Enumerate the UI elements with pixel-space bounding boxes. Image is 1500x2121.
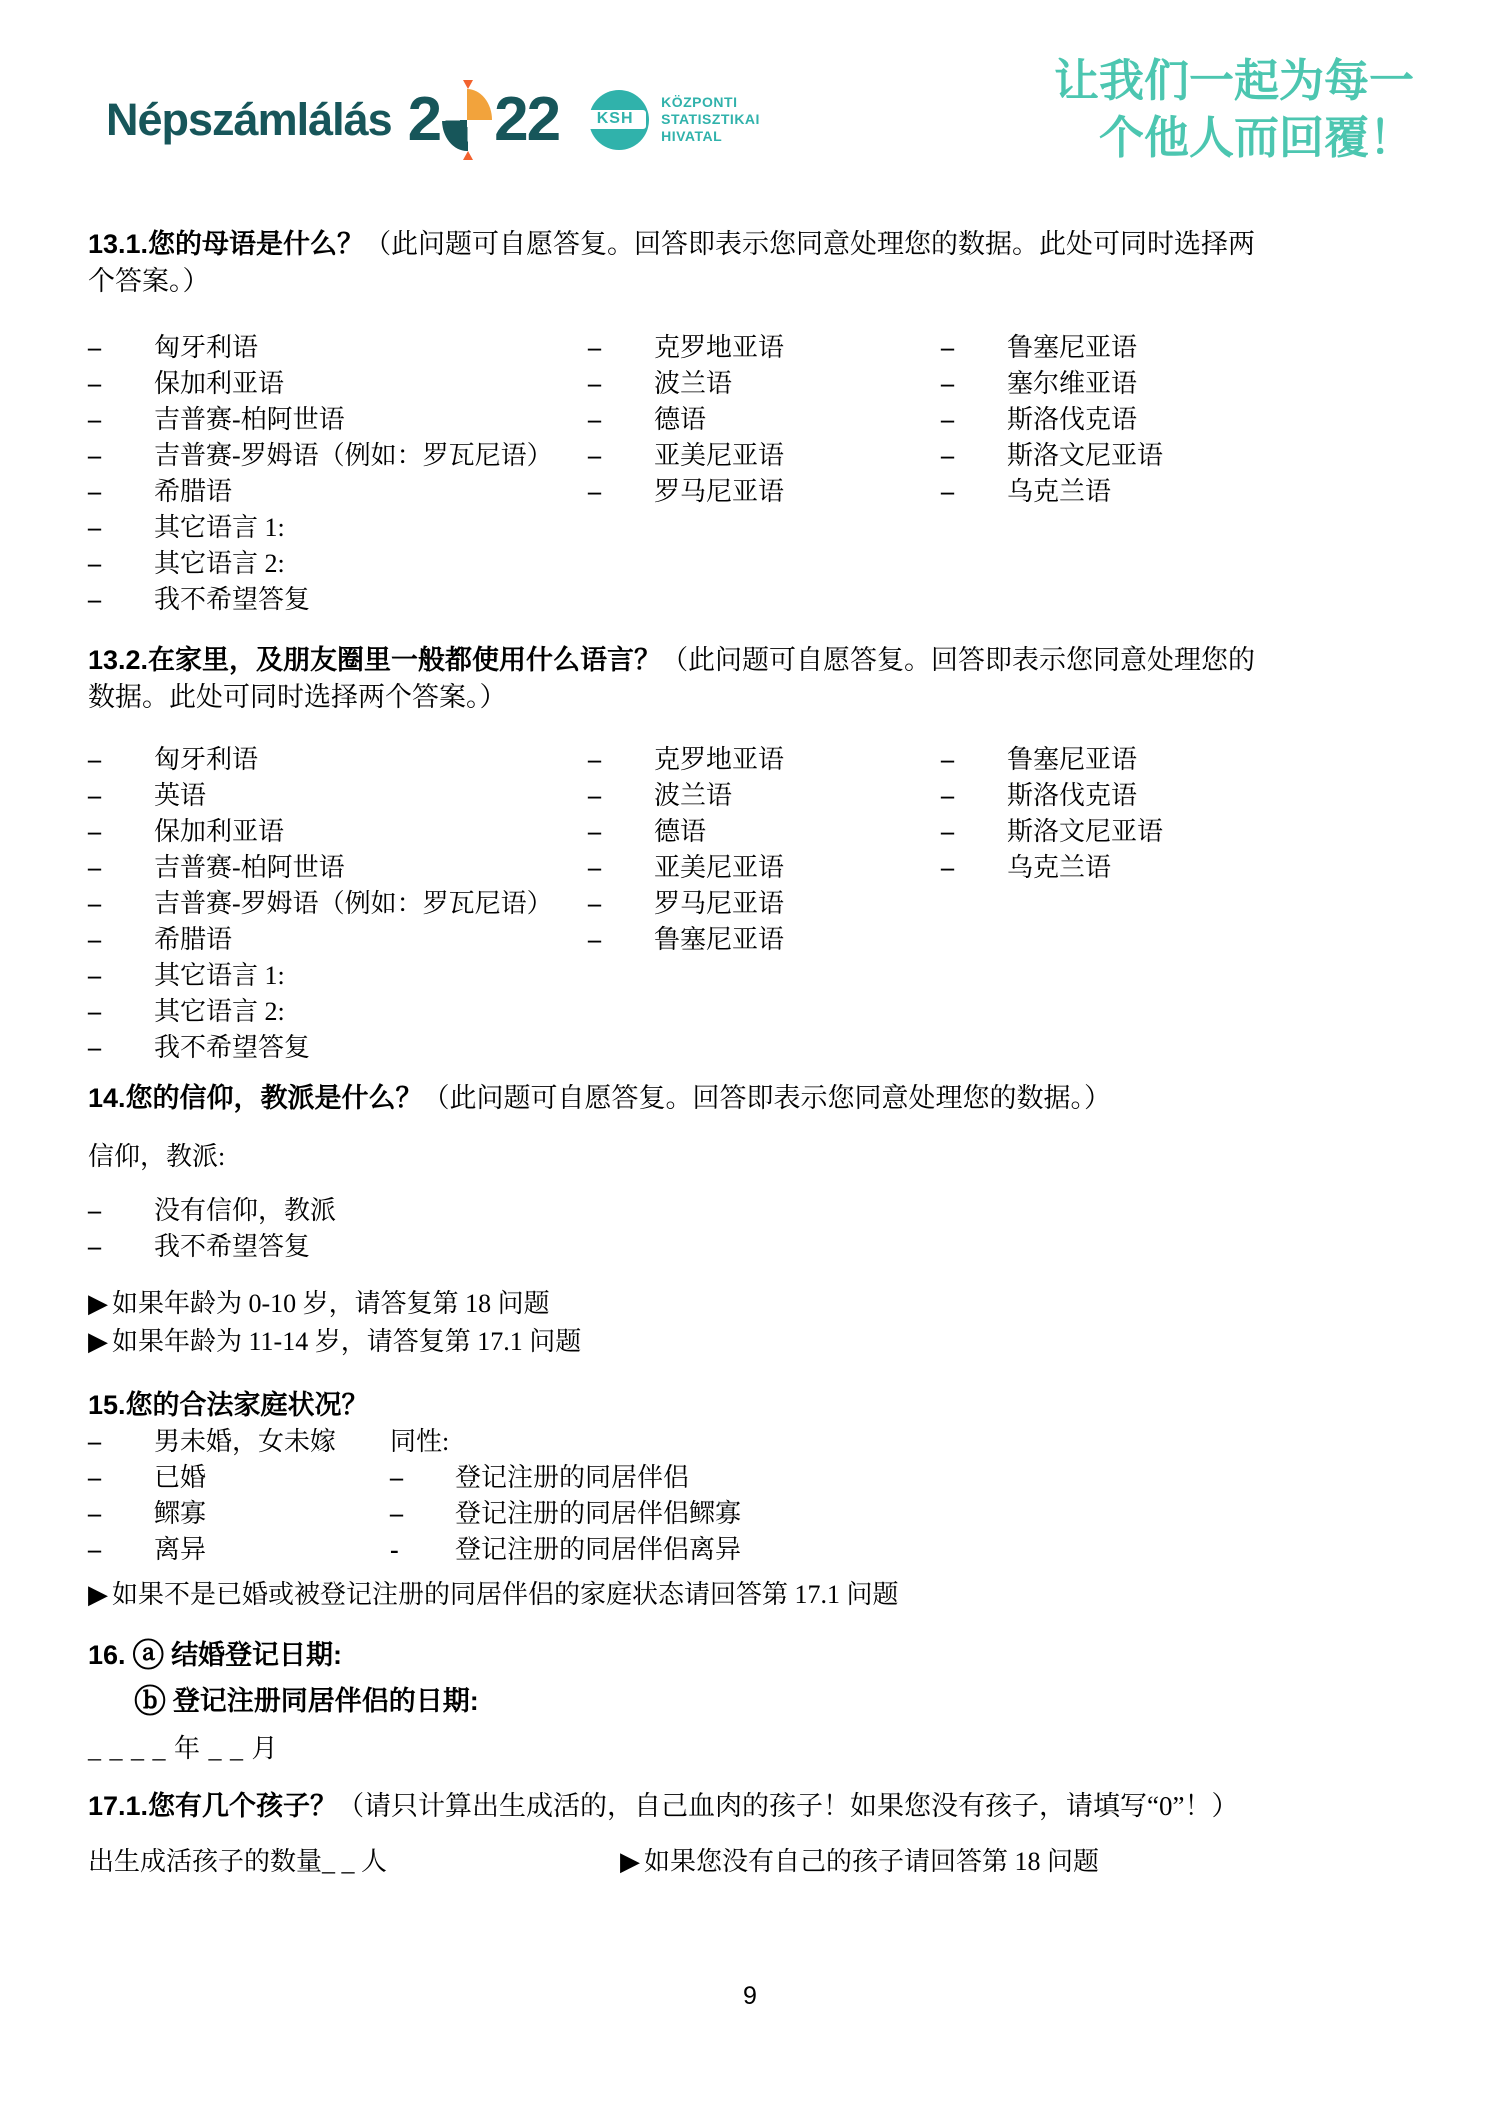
language-option: –克罗地亚语	[588, 742, 941, 778]
right-triangle-icon: ▶	[88, 1323, 108, 1361]
dash-bullet: –	[88, 1229, 154, 1265]
language-option: –其它语言 1:	[88, 958, 588, 994]
language-option: –鲁塞尼亚语	[941, 330, 1414, 366]
dash-bullet: –	[88, 922, 154, 958]
ksh-globe-icon: KSH	[589, 90, 649, 150]
language-label: 我不希望答复	[154, 582, 310, 618]
language-label: 斯洛文尼亚语	[1007, 438, 1163, 474]
language-label: 希腊语	[154, 922, 232, 958]
question-13-2-options: –匈牙利语 –英语 –保加利亚语 –吉普赛-柏阿世语 –吉普赛-罗姆语（例如：罗…	[88, 742, 1414, 1066]
dash-bullet: –	[941, 850, 1007, 886]
question-16-number: 16.	[88, 1640, 126, 1670]
year-digit: 2	[408, 84, 440, 155]
language-label: 希腊语	[154, 474, 232, 510]
dash-bullet: –	[88, 742, 154, 778]
language-option: –塞尔维亚语	[941, 366, 1414, 402]
language-label: 罗马尼亚语	[654, 474, 784, 510]
language-label: 保加利亚语	[154, 814, 284, 850]
language-label: 乌克兰语	[1007, 850, 1111, 886]
question-14-heading: 14.您的信仰，教派是什么？（此问题可自愿答复。回答即表示您同意处理您的数据。）	[88, 1080, 1414, 1117]
question-13-2-note-cont: 数据。此处可同时选择两个答案。）	[88, 679, 1414, 716]
language-option: –吉普赛-柏阿世语	[88, 850, 588, 886]
language-option: –其它语言 1:	[88, 510, 588, 546]
family-status-left: 已婚	[154, 1460, 390, 1496]
jump-note-text: 如果您没有自己的孩子请回答第 18 问题	[644, 1847, 1099, 1876]
religion-option-label: 我不希望答复	[154, 1229, 310, 1265]
language-label: 德语	[654, 814, 706, 850]
language-option: –乌克兰语	[941, 474, 1414, 510]
language-label: 波兰语	[654, 366, 732, 402]
language-option: –保加利亚语	[88, 814, 588, 850]
ksh-acronym: KSH	[597, 110, 634, 128]
dash-bullet: –	[588, 922, 654, 958]
options-column-3: –鲁塞尼亚语 –斯洛伐克语 –斯洛文尼亚语 –乌克兰语	[941, 742, 1414, 1066]
ksh-name-line: KÖZPONTI	[661, 94, 760, 111]
dash-bullet: –	[941, 814, 1007, 850]
religion-option: –我不希望答复	[88, 1229, 1414, 1265]
language-option: –斯洛文尼亚语	[941, 814, 1414, 850]
language-option: –克罗地亚语	[588, 330, 941, 366]
language-label: 鲁塞尼亚语	[1007, 330, 1137, 366]
language-label: 吉普赛-罗姆语（例如：罗瓦尼语）	[154, 438, 553, 474]
language-label: 吉普赛-柏阿世语	[154, 402, 345, 438]
page-number: 9	[0, 1982, 1500, 2011]
jump-note: ▶如果年龄为 11-14 岁，请答复第 17.1 问题	[88, 1323, 1414, 1361]
family-status-row: – 鳏寡 – 登记注册的同居伴侣鳏寡	[88, 1496, 1414, 1532]
dash-bullet: –	[588, 886, 654, 922]
circled-a-icon: ⓐ	[132, 1636, 164, 1674]
family-status-left: 男未婚，女未嫁	[154, 1424, 390, 1460]
dash-bullet: –	[88, 474, 154, 510]
dash-bullet: –	[88, 546, 154, 582]
dash-bullet: –	[941, 778, 1007, 814]
dash-bullet: –	[88, 1424, 154, 1460]
language-option: –匈牙利语	[88, 330, 588, 366]
dash-bullet: –	[941, 366, 1007, 402]
question-13-1-heading: 13.1.您的母语是什么？（此问题可自愿答复。回答即表示您同意处理您的数据。此处…	[88, 226, 1414, 300]
dash-bullet: –	[88, 366, 154, 402]
dash-bullet: –	[588, 402, 654, 438]
language-label: 罗马尼亚语	[654, 886, 784, 922]
question-15-title: 15.您的合法家庭状况？	[88, 1387, 1414, 1424]
ksh-office-name: KÖZPONTI STATISZTIKAI HIVATAL	[661, 94, 760, 145]
ksh-band: KSH	[584, 110, 646, 129]
family-status-left: 离异	[154, 1532, 390, 1568]
year-digits: 22	[494, 84, 559, 155]
question-17-1-jump-note: ▶如果您没有自己的孩子请回答第 18 问题	[620, 1843, 1099, 1881]
options-column-1: –匈牙利语 –英语 –保加利亚语 –吉普赛-柏阿世语 –吉普赛-罗姆语（例如：罗…	[88, 742, 588, 1066]
language-label: 吉普赛-柏阿世语	[154, 850, 345, 886]
nepszamlalas-2022-logo: Népszámlálás 2 22	[106, 84, 559, 155]
campaign-slogan: 让我们一起为每一 个他人而回覆！	[1054, 52, 1414, 166]
jump-note: ▶如果年龄为 0-10 岁，请答复第 18 问题	[88, 1285, 1414, 1323]
question-16-line-b: ⓑ 登记注册同居伴侣的日期:	[88, 1678, 1414, 1724]
dash-bullet: –	[88, 850, 154, 886]
language-option: –吉普赛-罗姆语（例如：罗瓦尼语）	[88, 886, 588, 922]
children-count-label: 出生成活孩子的数量_ _ 人	[88, 1843, 620, 1881]
dash-bullet: –	[88, 1030, 154, 1066]
language-option: –吉普赛-罗姆语（例如：罗瓦尼语）	[88, 438, 588, 474]
dash-bullet: –	[588, 438, 654, 474]
language-option: –罗马尼亚语	[588, 886, 941, 922]
question-14-options: –没有信仰，教派 –我不希望答复	[88, 1193, 1414, 1265]
jump-note-text: 如果年龄为 0-10 岁，请答复第 18 问题	[112, 1289, 550, 1318]
language-label: 吉普赛-罗姆语（例如：罗瓦尼语）	[154, 886, 553, 922]
question-14-note: （此问题可自愿答复。回答即表示您同意处理您的数据。）	[423, 1083, 1112, 1113]
language-label: 波兰语	[654, 778, 732, 814]
dash-bullet: –	[88, 1532, 154, 1568]
language-option: –德语	[588, 402, 941, 438]
language-label: 亚美尼亚语	[654, 438, 784, 474]
questionnaire-page: Népszámlálás 2 22 KSH KÖZPONTI STATISZTI…	[0, 0, 1500, 2121]
dash-bullet: –	[588, 330, 654, 366]
language-option: –波兰语	[588, 366, 941, 402]
dash-bullet: –	[588, 366, 654, 402]
age-jump-notes: ▶如果年龄为 0-10 岁，请答复第 18 问题 ▶如果年龄为 11-14 岁，…	[88, 1285, 1414, 1361]
question-13-1-title: 13.1.您的母语是什么？	[88, 229, 364, 259]
language-option: –斯洛伐克语	[941, 402, 1414, 438]
question-13-1-note-cont: 个答案。）	[88, 263, 1414, 300]
language-label: 匈牙利语	[154, 742, 258, 778]
language-label: 保加利亚语	[154, 366, 284, 402]
question-13-2-heading: 13.2.在家里，及朋友圈里一般都使用什么语言？（此问题可自愿答复。回答即表示您…	[88, 642, 1414, 716]
language-option: –亚美尼亚语	[588, 438, 941, 474]
jump-note-text: 如果不是已婚或被登记注册的同居伴侣的家庭状态请回答第 17.1 问题	[112, 1580, 899, 1609]
slogan-line-2: 个他人而回覆！	[1054, 109, 1414, 166]
language-option: –希腊语	[88, 474, 588, 510]
dash-bullet: –	[390, 1496, 455, 1532]
language-option: –其它语言 2:	[88, 994, 588, 1030]
dash-bullet: -	[390, 1532, 455, 1568]
question-16-line-a: 16. ⓐ 结婚登记日期:	[88, 1632, 1414, 1678]
religion-option: –没有信仰，教派	[88, 1193, 1414, 1229]
ksh-logo: KSH KÖZPONTI STATISZTIKAI HIVATAL	[589, 90, 760, 150]
dash-bullet: –	[88, 958, 154, 994]
year-2022: 2 22	[408, 84, 559, 155]
language-label: 乌克兰语	[1007, 474, 1111, 510]
dash-bullet: –	[588, 474, 654, 510]
family-status-row: – 已婚 – 登记注册的同居伴侣	[88, 1460, 1414, 1496]
dash-bullet: –	[588, 814, 654, 850]
ksh-name-line: STATISZTIKAI	[661, 111, 760, 128]
dash-bullet: –	[588, 850, 654, 886]
partnership-date-label: 登记注册同居伴侣的日期:	[173, 1686, 479, 1716]
jump-note-text: 如果年龄为 11-14 岁，请答复第 17.1 问题	[112, 1327, 581, 1356]
question-13-1-note: （此问题可自愿答复。回答即表示您同意处理您的数据。此处可同时选择两	[364, 229, 1255, 259]
slogan-line-1: 让我们一起为每一	[1054, 52, 1414, 109]
question-16: 16. ⓐ 结婚登记日期: ⓑ 登记注册同居伴侣的日期: _ _ _ _ 年 _…	[88, 1632, 1414, 1774]
language-option: –斯洛文尼亚语	[941, 438, 1414, 474]
right-triangle-icon: ▶	[620, 1843, 640, 1881]
right-triangle-icon: ▶	[88, 1576, 108, 1614]
language-label: 其它语言 1:	[154, 958, 285, 994]
question-17-1-title: 17.1.您有几个孩子？	[88, 1791, 337, 1821]
language-option: –乌克兰语	[941, 850, 1414, 886]
language-label: 其它语言 2:	[154, 994, 285, 1030]
language-label: 英语	[154, 778, 206, 814]
question-17-1-heading: 17.1.您有几个孩子？（请只计算出生成活的，自己血肉的孩子！如果您没有孩子，请…	[88, 1788, 1414, 1825]
language-label: 其它语言 1:	[154, 510, 285, 546]
language-option: –波兰语	[588, 778, 941, 814]
language-label: 我不希望答复	[154, 1030, 310, 1066]
family-status-row: – 男未婚，女未嫁 同性:	[88, 1424, 1414, 1460]
dash-bullet: –	[390, 1460, 455, 1496]
language-option: –鲁塞尼亚语	[588, 922, 941, 958]
language-option: –保加利亚语	[88, 366, 588, 402]
options-column-2: –克罗地亚语 –波兰语 –德语 –亚美尼亚语 –罗马尼亚语	[588, 330, 941, 618]
language-option: –斯洛伐克语	[941, 778, 1414, 814]
question-13-1-options: –匈牙利语 –保加利亚语 –吉普赛-柏阿世语 –吉普赛-罗姆语（例如：罗瓦尼语）…	[88, 330, 1414, 618]
language-label: 斯洛文尼亚语	[1007, 814, 1163, 850]
dash-bullet: –	[88, 582, 154, 618]
question-15-jump-note: ▶如果不是已婚或被登记注册的同居伴侣的家庭状态请回答第 17.1 问题	[88, 1576, 1414, 1614]
right-triangle-icon: ▶	[88, 1285, 108, 1323]
family-status-right: 登记注册的同居伴侣鳏寡	[455, 1496, 741, 1532]
dash-bullet: –	[588, 778, 654, 814]
language-label: 德语	[654, 402, 706, 438]
dash-bullet: –	[88, 1496, 154, 1532]
language-label: 克罗地亚语	[654, 330, 784, 366]
language-option: –我不希望答复	[88, 1030, 588, 1066]
language-option: –吉普赛-柏阿世语	[88, 402, 588, 438]
options-column-1: –匈牙利语 –保加利亚语 –吉普赛-柏阿世语 –吉普赛-罗姆语（例如：罗瓦尼语）…	[88, 330, 588, 618]
brand-wordmark: Népszámlálás	[106, 94, 392, 146]
dash-bullet: –	[88, 438, 154, 474]
dash-bullet: –	[88, 886, 154, 922]
marriage-date-label: 结婚登记日期:	[171, 1640, 342, 1670]
language-option: –我不希望答复	[88, 582, 588, 618]
dash-bullet: –	[941, 438, 1007, 474]
language-label: 其它语言 2:	[154, 546, 285, 582]
dash-bullet: –	[941, 330, 1007, 366]
dash-bullet: –	[941, 742, 1007, 778]
census-logo: Népszámlálás 2 22 KSH KÖZPONTI STATISZTI…	[106, 84, 760, 155]
dash-bullet: –	[88, 778, 154, 814]
pie-chart-icon	[442, 89, 492, 151]
family-status-left: 鳏寡	[154, 1496, 390, 1532]
questionnaire-body: 13.1.您的母语是什么？（此问题可自愿答复。回答即表示您同意处理您的数据。此处…	[88, 226, 1414, 1881]
family-status-right: 登记注册的同居伴侣离异	[455, 1532, 741, 1568]
family-status-right: 同性:	[390, 1424, 449, 1460]
dash-bullet: –	[88, 994, 154, 1030]
dash-bullet: –	[88, 402, 154, 438]
family-status-right: 登记注册的同居伴侣	[455, 1460, 689, 1496]
options-column-2: –克罗地亚语 –波兰语 –德语 –亚美尼亚语 –罗马尼亚语 –鲁塞尼亚语	[588, 742, 941, 1066]
language-label: 匈牙利语	[154, 330, 258, 366]
date-blank-line: _ _ _ _ 年 _ _ 月	[88, 1724, 1414, 1774]
language-label: 鲁塞尼亚语	[1007, 742, 1137, 778]
options-column-3: –鲁塞尼亚语 –塞尔维亚语 –斯洛伐克语 –斯洛文尼亚语 –乌克兰语	[941, 330, 1414, 618]
language-label: 斯洛伐克语	[1007, 402, 1137, 438]
dash-bullet: –	[88, 814, 154, 850]
dash-bullet: –	[588, 742, 654, 778]
language-label: 亚美尼亚语	[654, 850, 784, 886]
dash-bullet: –	[88, 510, 154, 546]
language-option: –希腊语	[88, 922, 588, 958]
religion-option-label: 没有信仰，教派	[154, 1193, 336, 1229]
religion-field-label: 信仰，教派:	[88, 1139, 1414, 1175]
language-label: 鲁塞尼亚语	[654, 922, 784, 958]
question-15-options: – 男未婚，女未嫁 同性: – 已婚 – 登记注册的同居伴侣 – 鳏寡 – 登记…	[88, 1424, 1414, 1568]
language-option: –匈牙利语	[88, 742, 588, 778]
dash-bullet: –	[941, 474, 1007, 510]
language-option: –英语	[88, 778, 588, 814]
question-13-2-title: 13.2.在家里，及朋友圈里一般都使用什么语言？	[88, 645, 661, 675]
dash-bullet: –	[88, 1193, 154, 1229]
circled-b-icon: ⓑ	[134, 1682, 166, 1720]
question-14-title: 14.您的信仰，教派是什么？	[88, 1083, 423, 1113]
family-status-row: – 离异 - 登记注册的同居伴侣离异	[88, 1532, 1414, 1568]
language-option: –德语	[588, 814, 941, 850]
ksh-name-line: HIVATAL	[661, 128, 760, 145]
language-option: –罗马尼亚语	[588, 474, 941, 510]
language-label: 塞尔维亚语	[1007, 366, 1137, 402]
language-option: –其它语言 2:	[88, 546, 588, 582]
language-label: 斯洛伐克语	[1007, 778, 1137, 814]
dash-bullet: –	[88, 330, 154, 366]
dash-bullet: –	[88, 1460, 154, 1496]
language-label: 克罗地亚语	[654, 742, 784, 778]
language-option: –亚美尼亚语	[588, 850, 941, 886]
language-option: –鲁塞尼亚语	[941, 742, 1414, 778]
question-17-1-note: （请只计算出生成活的，自己血肉的孩子！如果您没有孩子，请填写“0”！）	[337, 1791, 1238, 1821]
dash-bullet: –	[941, 402, 1007, 438]
question-17-1-answer-row: 出生成活孩子的数量_ _ 人 ▶如果您没有自己的孩子请回答第 18 问题	[88, 1843, 1414, 1881]
question-13-2-note: （此问题可自愿答复。回答即表示您同意处理您的	[661, 645, 1255, 675]
